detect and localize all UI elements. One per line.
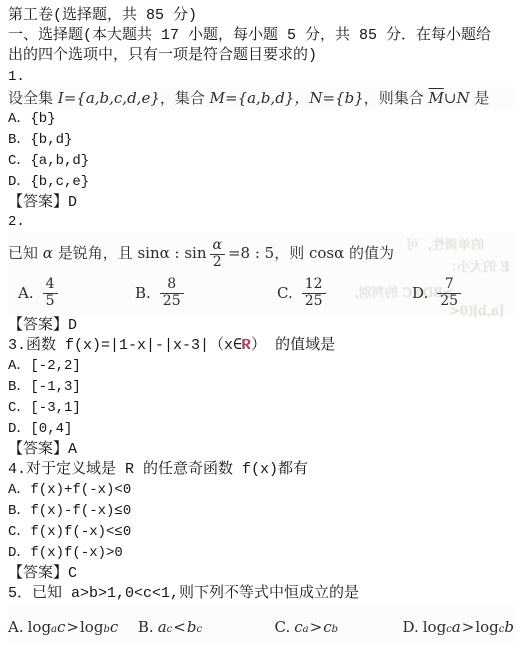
fraction-numerator: 8 <box>160 277 184 293</box>
log-argument: c <box>57 618 65 636</box>
alpha-symbol: α <box>43 244 53 262</box>
question-4: 4.对于定义域是 R 的任意奇函数 f(x)都有 A．f(x)+f(-x)<0 … <box>8 460 514 584</box>
option-d: D.725 <box>412 277 514 308</box>
power-base: a <box>158 618 167 636</box>
question-5-options-row: A.logac>logbc B.ac<bc C.ca>cb D.logca>lo… <box>8 604 514 644</box>
stem-text: 的值为 <box>344 244 394 262</box>
option-label: C. <box>277 284 293 302</box>
answer-label: 【答案】 <box>8 441 68 458</box>
question-2-stem: 已知 α 是锐角，且 sinα : sinα2=8 : 5，则 cosα 的值为 <box>8 236 514 270</box>
question-1-stem: 设全集 I={a,b,c,d,e}，集合 M={a,b,d}，N={b}，则集合… <box>8 87 514 109</box>
stem-text: 是 <box>470 89 490 107</box>
option-b: B．f(x)-f(-x)≤0 <box>8 501 514 522</box>
fraction-denominator: 25 <box>302 294 326 309</box>
answer-label: 【答案】 <box>8 565 68 582</box>
fraction-alpha-over-2: α2 <box>210 238 225 269</box>
question-2-options-row: A.45 B.825 C.1225 D.725 <box>8 270 514 316</box>
option-a: A．[-2,2] <box>8 356 514 377</box>
power-exponent: b <box>332 624 338 635</box>
option-label: A. <box>18 284 34 302</box>
question-5: 5．已知 a>b>1,0<c<1,则下列不等式中恒成立的是 A.logac>lo… <box>8 584 514 644</box>
fraction: 825 <box>160 277 184 308</box>
stem-text: 已知 <box>8 244 43 262</box>
question-5-stem: 5．已知 a>b>1,0<c<1,则下列不等式中恒成立的是 <box>8 584 514 604</box>
inequality-symbol: > <box>461 618 476 636</box>
stem-text: ，集合 <box>160 89 210 107</box>
fraction: 725 <box>437 277 461 308</box>
option-c: C．f(x)f(-x)<≤0 <box>8 522 514 543</box>
option-d: D.logca>logcb <box>402 618 514 636</box>
inequality-symbol: > <box>65 618 80 636</box>
power-base: c <box>294 618 302 636</box>
question-4-stem: 4.对于定义域是 R 的任意奇函数 f(x)都有 <box>8 460 514 480</box>
universal-set-notation: I={a,b,c,d,e} <box>58 89 160 107</box>
option-label: D. <box>412 284 428 302</box>
log-argument: c <box>110 618 118 636</box>
stem-text: ，则 <box>274 244 309 262</box>
ratio-value: =8 : 5 <box>228 244 274 262</box>
header-line-2: 一、选择题(本大题共 17 小题，每小题 5 分，共 85 分．在每小题给 <box>8 26 514 46</box>
answer-value: C <box>68 565 77 582</box>
fraction-denominator: 5 <box>43 294 58 309</box>
answer-line: 【答案】D <box>8 316 514 336</box>
log-function: log <box>423 618 446 636</box>
answer-line: 【答案】C <box>8 564 514 584</box>
stem-text: 是锐角，且 <box>53 244 138 262</box>
fraction-numerator: 12 <box>302 277 326 293</box>
option-a: A.45 <box>18 277 135 308</box>
stem-text: 设全集 <box>8 89 58 107</box>
real-number-set-symbol: R <box>242 337 251 354</box>
answer-value: D <box>68 194 77 211</box>
union-n-notation: ∪N <box>444 89 470 107</box>
log-argument: a <box>452 618 461 636</box>
option-a: A．f(x)+f(-x)<0 <box>8 480 514 501</box>
option-label: C. <box>275 618 291 636</box>
cosine-expression: cosα <box>309 244 344 262</box>
exam-document-page: 第工卷(选择题，共 85 分) 一、选择题(本大题共 17 小题，每小题 5 分… <box>0 0 520 650</box>
stem-text: 3.函数 f(x)=|1-x|-|x-3|（x∈ <box>8 337 242 354</box>
m-complement-overline: M <box>429 89 444 107</box>
power-base: b <box>187 618 197 636</box>
stem-text: ） 的值域是 <box>251 337 335 354</box>
question-3-stem: 3.函数 f(x)=|1-x|-|x-3|（x∈R） 的值域是 <box>8 336 514 356</box>
log-function: log <box>80 618 103 636</box>
fraction-numerator: 7 <box>437 277 461 293</box>
log-argument: b <box>504 618 514 636</box>
option-c: C．{a,b,d} <box>8 151 514 172</box>
inequality-symbol: < <box>172 618 187 636</box>
question-2: 2. 的单调性，可 E 的大小： ≥BD≥C 的判别， [a,b](0< 已知 … <box>8 213 514 336</box>
fraction-denominator: 2 <box>210 255 225 270</box>
power-exponent: c <box>196 624 202 635</box>
option-b: B.825 <box>135 277 277 308</box>
answer-line: 【答案】D <box>8 193 514 213</box>
fraction-denominator: 25 <box>437 294 461 309</box>
option-a: A．{b} <box>8 109 514 130</box>
option-c: C.1225 <box>277 277 412 308</box>
fraction-denominator: 25 <box>160 294 184 309</box>
answer-label: 【答案】 <box>8 194 68 211</box>
option-label: D. <box>402 618 418 636</box>
answer-label: 【答案】 <box>8 317 68 334</box>
option-label: B. <box>138 618 154 636</box>
option-b: B．[-1,3] <box>8 377 514 398</box>
option-c: C.ca>cb <box>275 618 403 636</box>
fraction: 1225 <box>302 277 326 308</box>
header-line-3: 出的四个选项中，只有一项是符合题目要求的) <box>8 46 514 66</box>
answer-value: D <box>68 317 77 334</box>
sine-ratio-expression: sinα : sin <box>137 244 206 262</box>
question-1: 1. 设全集 I={a,b,c,d,e}，集合 M={a,b,d}，N={b}，… <box>8 68 514 213</box>
set-m-n-notation: M={a,b,d}，N={b} <box>210 89 364 107</box>
option-label: B. <box>135 284 151 302</box>
option-a: A.logac>logbc <box>8 618 138 636</box>
section-header: 第工卷(选择题，共 85 分) 一、选择题(本大题共 17 小题，每小题 5 分… <box>8 6 514 66</box>
question-3: 3.函数 f(x)=|1-x|-|x-3|（x∈R） 的值域是 A．[-2,2]… <box>8 336 514 460</box>
log-function: log <box>475 618 498 636</box>
fraction-numerator: 4 <box>43 277 58 293</box>
power-base: c <box>323 618 331 636</box>
log-function: log <box>28 618 51 636</box>
option-b: B．{b,d} <box>8 130 514 151</box>
answer-line: 【答案】A <box>8 440 514 460</box>
question-2-scanned-block: 的单调性，可 E 的大小： ≥BD≥C 的判别， [a,b](0< 已知 α 是… <box>8 232 514 316</box>
stem-text: ，则集合 <box>364 89 429 107</box>
inequality-symbol: > <box>309 618 324 636</box>
fraction-numerator: α <box>210 238 225 254</box>
option-d: D．f(x)f(-x)>0 <box>8 543 514 564</box>
question-1-number: 1. <box>8 68 514 87</box>
option-d: D．[0,4] <box>8 419 514 440</box>
answer-value: A <box>68 441 77 458</box>
fraction: 45 <box>43 277 58 308</box>
option-d: D．{b,c,e} <box>8 172 514 193</box>
option-c: C．[-3,1] <box>8 398 514 419</box>
option-label: A. <box>8 618 24 636</box>
question-2-number: 2. <box>8 213 514 232</box>
option-b: B.ac<bc <box>138 618 275 636</box>
header-line-1: 第工卷(选择题，共 85 分) <box>8 6 514 26</box>
